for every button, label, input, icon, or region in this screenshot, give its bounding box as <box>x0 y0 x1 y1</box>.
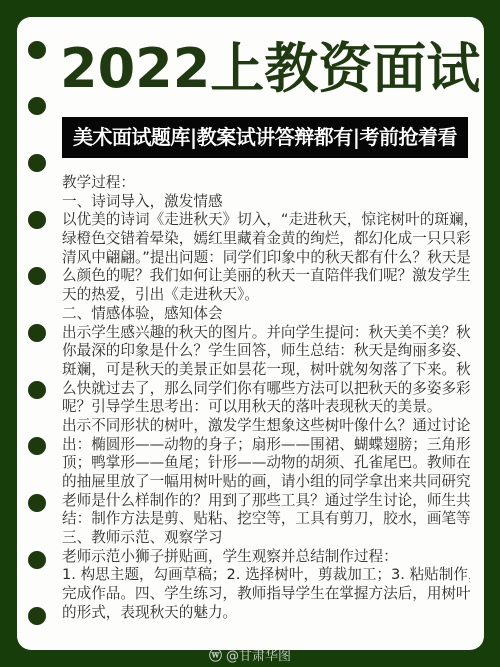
text-line: 1. 构思主题，勾画草稿；2. 选择树叶，剪裁加工；3. 粘贴制作， <box>62 566 470 585</box>
text-line: 结：制作方法是剪、贴粘、挖空等，工具有剪刀，胶水，画笔等。 <box>62 510 470 529</box>
subtitle-banner: 美术面试题库|教案试讲答辩都有|考前抢着看 <box>62 117 468 158</box>
text-line: 老师是什么样制作的？用到了那些工具？通过学生讨论，师生共同总 <box>62 492 470 511</box>
text-line: 出示学生感兴趣的秋天的图片。并向学生提问：秋天美不美？秋天给 <box>62 324 470 343</box>
binder-hole-dot <box>28 437 46 455</box>
weibo-icon: ⓦ <box>209 648 222 666</box>
binder-hole-dot <box>28 324 46 342</box>
binder-hole-dot <box>28 381 46 399</box>
binder-hole-dot <box>28 607 46 625</box>
text-line: 么快就过去了，那么同学们你有哪些方法可以把秋天的多姿多彩留住 <box>62 380 470 399</box>
binder-hole-dot <box>28 551 46 569</box>
binder-hole-dot <box>28 41 46 59</box>
binder-hole-dot <box>28 97 46 115</box>
text-line: 出示不同形状的树叶，激发学生想象这些树叶像什么？通过讨论得 <box>62 417 470 436</box>
text-line: 的抽屉里放了一幅用树叶贴的画，请小组的同学拿出来共同研究一下 <box>62 473 470 492</box>
text-line: 你最深的印象是什么？学生回答，师生总结：秋天是绚丽多姿、色彩 <box>62 342 470 361</box>
binder-hole-dot <box>28 267 46 285</box>
binder-hole-dot <box>28 494 46 512</box>
binder-hole-dot <box>28 154 46 172</box>
text-line: 呢？引导学生思考出：可以用秋天的落叶表现秋天的美景。 <box>62 398 470 417</box>
text-line: 绿橙色交错着晕染，嫣红里藏着金黄的绚烂，都幻化成一只只彩蝶， <box>62 230 470 249</box>
text-line: 老师示范小狮子拼贴画，学生观察并总结制作过程： <box>62 548 470 567</box>
text-line: 顶；鸭掌形——鱼尾；针形——动物的胡须、孔雀尾巴。教师在每一组 <box>62 454 470 473</box>
watermark: ⓦ@甘肃华图 <box>0 648 500 666</box>
text-line: 斑斓，可是秋天的美景正如昙花一现，树叶就匆匆落了下来。秋天这 <box>62 361 470 380</box>
text-line: 完成作品。四、学生练习，教师指导学生在掌握方法后，用树叶粘贴 <box>62 585 470 604</box>
section-heading: 一、诗词导入，激发情感 <box>62 193 470 212</box>
lesson-text: 教学过程： 一、诗词导入，激发情感 以优美的诗词《走进秋天》切入，“走进秋天，惊… <box>62 174 470 623</box>
binder-hole-dot <box>28 211 46 229</box>
text-line: 的形式，表现秋天的魅力。 <box>62 604 470 623</box>
page-title: 2022上教资面试 <box>60 36 475 102</box>
text-line: 以优美的诗词《走进秋天》切入，“走进秋天，惊诧树叶的斑斓，深 <box>62 211 470 230</box>
text-line: 教学过程： <box>62 174 470 193</box>
text-line: 么颜色的呢？我们如何让美丽的秋天一直陪伴我们呢？激发学生对秋 <box>62 267 470 286</box>
text-line: 出：椭圆形——动物的身子；扇形——围裙、蝴蝶翅膀；三角形——房 <box>62 436 470 455</box>
text-line: 清风中翩翩。”提出问题：同学们印象中的秋天都有什么？秋天是什 <box>62 249 470 268</box>
section-heading: 三、教师示范、观察学习 <box>62 529 470 548</box>
section-heading: 二、情感体验，感知体会 <box>62 305 470 324</box>
text-line: 天的热爱，引出《走进秋天》。 <box>62 286 470 305</box>
watermark-text: @甘肃华图 <box>226 649 291 664</box>
